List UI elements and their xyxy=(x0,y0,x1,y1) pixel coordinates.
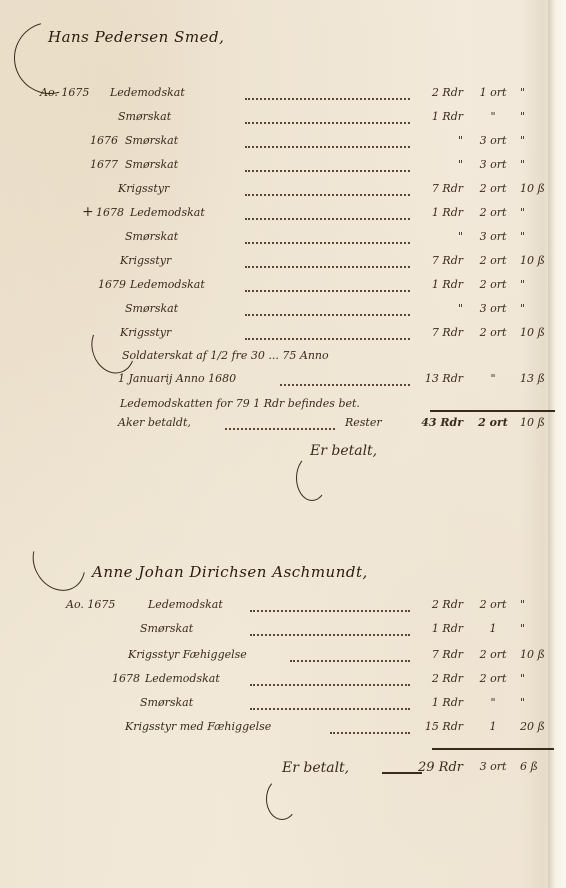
ledger-row: 1679 Ledemodskat 1 Rdr 2 ort " xyxy=(0,278,566,298)
amount-skilling: " xyxy=(520,230,550,243)
leader-dots xyxy=(250,633,410,636)
leader-dots xyxy=(245,217,410,220)
amount-ort: 2 ort xyxy=(478,648,508,661)
amount-ort: 3 ort xyxy=(478,302,508,315)
ledger-row: Smørskat " 3 ort " xyxy=(0,230,566,250)
entry-label: 1 Januarij Anno 1680 xyxy=(118,372,236,385)
total-rigsdaler: 29 Rdr xyxy=(415,760,463,775)
entry-label: Ledemodskat xyxy=(145,672,220,685)
amount-ort: " xyxy=(478,696,508,709)
ledger-row: Krigsstyr 7 Rdr 2 ort 10 ß xyxy=(0,326,566,346)
amount-ort: 2 ort xyxy=(478,254,508,267)
entry-year: Ao. 1675 xyxy=(66,598,115,611)
leader-dots xyxy=(245,337,410,340)
ledger-row: Krigsstyr 7 Rdr 2 ort 10 ß xyxy=(0,182,566,202)
entry-label: Krigsstyr Fæhiggelse xyxy=(128,648,247,661)
entry-year: 1679 xyxy=(98,278,126,291)
amount-skilling: 10 ß xyxy=(520,648,550,661)
amount-ort: 1 xyxy=(478,720,508,733)
amount-skilling: " xyxy=(520,110,550,123)
amount-skilling: " xyxy=(520,134,550,147)
ledger-row: Krigsstyr Fæhiggelse 7 Rdr 2 ort 10 ß xyxy=(0,648,566,668)
ledger-row: Ao. 1675 Ledemodskat 2 Rdr 2 ort " xyxy=(0,598,566,618)
amount-rigsdaler: 13 Rdr xyxy=(415,372,463,385)
leader-dots xyxy=(245,289,410,292)
ledger-row: Ao. 1675 Ledemodskat 2 Rdr 1 ort " xyxy=(0,86,566,106)
ledger-row: + 1678 Ledemodskat 1 Rdr 2 ort " xyxy=(0,206,566,226)
entry-label: Aker betaldt, xyxy=(118,416,191,429)
amount-rigsdaler: 2 Rdr xyxy=(415,598,463,611)
amount-ort: 2 ort xyxy=(478,672,508,685)
amount-skilling: " xyxy=(520,86,550,99)
amount-rigsdaler: 7 Rdr xyxy=(415,326,463,339)
amount-ort: 3 ort xyxy=(478,134,508,147)
entry-year: 1676 xyxy=(90,134,118,147)
amount-ort: " xyxy=(478,372,508,385)
amount-skilling: " xyxy=(520,206,550,219)
section-2-heading: Anne Johan Dirichsen Aschmundt, xyxy=(92,563,368,581)
ledger-row: Smørskat 1 Rdr " " xyxy=(0,110,566,130)
amount-rigsdaler: 7 Rdr xyxy=(415,648,463,661)
entry-label: Ledemodskat xyxy=(148,598,223,611)
ledger-row: 1677 Smørskat " 3 ort " xyxy=(0,158,566,178)
amount-ort: " xyxy=(478,110,508,123)
amount-skilling: " xyxy=(520,672,550,685)
amount-skilling: 10 ß xyxy=(520,326,550,339)
balance-row: Aker betaldt, Rester 43 Rdr 2 ort 10 ß xyxy=(0,416,566,436)
entry-label: Krigsstyr xyxy=(120,254,171,267)
entry-year: 1677 xyxy=(90,158,118,171)
amount-ort: 2 ort xyxy=(478,278,508,291)
ledger-row: 1678 Ledemodskat 2 Rdr 2 ort " xyxy=(0,672,566,692)
sum-rule xyxy=(432,748,554,750)
entry-label: Smørskat xyxy=(140,622,193,635)
total-ort: 3 ort xyxy=(478,760,508,773)
amount-rigsdaler: 15 Rdr xyxy=(415,720,463,733)
amount-skilling: " xyxy=(520,622,550,635)
paid-flourish xyxy=(296,455,328,501)
paid-flourish xyxy=(266,778,298,820)
ledger-row: 1676 Smørskat " 3 ort " xyxy=(0,134,566,154)
leader-dots xyxy=(245,97,410,100)
amount-skilling: " xyxy=(520,302,550,315)
amount-rigsdaler: 7 Rdr xyxy=(415,182,463,195)
amount-skilling: 10 ß xyxy=(520,416,550,429)
ledger-row: Krigsstyr 7 Rdr 2 ort 10 ß xyxy=(0,254,566,274)
leader-dots xyxy=(245,121,410,124)
amount-rigsdaler: 43 Rdr xyxy=(415,416,463,429)
total-skilling: 6 ß xyxy=(520,760,550,773)
entry-label: Ledemodskat xyxy=(130,206,205,219)
entry-label: Ledemodskat xyxy=(110,86,185,99)
paid-status: Er betalt, xyxy=(282,760,349,776)
leader-dots xyxy=(245,169,410,172)
leader-dots xyxy=(245,241,410,244)
amount-skilling: 10 ß xyxy=(520,182,550,195)
leader-dots xyxy=(250,683,410,686)
amount-rigsdaler: 2 Rdr xyxy=(415,86,463,99)
leader-dots xyxy=(245,265,410,268)
amount-rigsdaler: " xyxy=(415,230,463,243)
amount-ort: 2 ort xyxy=(478,326,508,339)
amount-ort: 2 ort xyxy=(478,206,508,219)
amount-rigsdaler: " xyxy=(415,134,463,147)
amount-rigsdaler: 1 Rdr xyxy=(415,278,463,291)
amount-rigsdaler: 7 Rdr xyxy=(415,254,463,267)
amount-ort: 1 xyxy=(478,622,508,635)
entry-label: Smørskat xyxy=(140,696,193,709)
ledger-row: Krigsstyr med Fæhiggelse 15 Rdr 1 20 ß xyxy=(0,720,566,740)
entry-label: Krigsstyr xyxy=(118,182,169,195)
paid-status: Er betalt, xyxy=(310,443,377,459)
amount-ort: 2 ort xyxy=(478,182,508,195)
amount-rigsdaler: 1 Rdr xyxy=(415,696,463,709)
amount-rigsdaler: 1 Rdr xyxy=(415,206,463,219)
leader-dots xyxy=(250,707,410,710)
amount-skilling: " xyxy=(520,696,550,709)
cross-marker: + xyxy=(82,204,94,220)
entry-label: Smørskat xyxy=(125,302,178,315)
entry-year: Ao. 1675 xyxy=(40,86,89,99)
ledger-page: Hans Pedersen Smed, Ao. 1675 Ledemodskat… xyxy=(0,0,566,888)
leader-dots xyxy=(245,313,410,316)
entry-label: Smørskat xyxy=(118,110,171,123)
amount-rigsdaler: 1 Rdr xyxy=(415,622,463,635)
amount-skilling: 10 ß xyxy=(520,254,550,267)
amount-rigsdaler: " xyxy=(415,158,463,171)
leader-dots xyxy=(290,659,410,662)
leader-dots xyxy=(280,383,410,386)
amount-rigsdaler: 1 Rdr xyxy=(415,110,463,123)
amount-skilling: 13 ß xyxy=(520,372,550,385)
amount-skilling: " xyxy=(520,158,550,171)
sum-rule xyxy=(430,410,555,412)
ledger-row: 1 Januarij Anno 1680 13 Rdr " 13 ß xyxy=(0,372,566,392)
leader-dots xyxy=(250,609,410,612)
amount-ort: 2 ort xyxy=(478,416,508,429)
entry-label: Smørskat xyxy=(125,134,178,147)
amount-skilling: 20 ß xyxy=(520,720,550,733)
leader-dots xyxy=(245,145,410,148)
ledemod-note: Ledemodskatten for 79 1 Rdr befindes bet… xyxy=(120,397,360,410)
entry-year: 1678 xyxy=(96,206,124,219)
entry-label: Ledemodskat xyxy=(130,278,205,291)
amount-skilling: " xyxy=(520,598,550,611)
amount-skilling: " xyxy=(520,278,550,291)
initial-flourish xyxy=(22,524,95,601)
amount-ort: 1 ort xyxy=(478,86,508,99)
amount-ort: 2 ort xyxy=(478,598,508,611)
entry-label: Smørskat xyxy=(125,158,178,171)
amount-ort: 3 ort xyxy=(478,158,508,171)
ledger-row: Smørskat 1 Rdr " " xyxy=(0,696,566,716)
amount-rigsdaler: " xyxy=(415,302,463,315)
ledger-row: Smørskat 1 Rdr 1 " xyxy=(0,622,566,642)
entry-label: Smørskat xyxy=(125,230,178,243)
rest-label: Rester xyxy=(345,416,382,429)
entry-label: Krigsstyr med Fæhiggelse xyxy=(125,720,271,733)
entry-year: 1678 xyxy=(112,672,140,685)
leader-dots xyxy=(330,731,410,734)
amount-rigsdaler: 2 Rdr xyxy=(415,672,463,685)
amount-ort: 3 ort xyxy=(478,230,508,243)
leader-dots xyxy=(225,427,335,430)
ledger-row: Smørskat " 3 ort " xyxy=(0,302,566,322)
leader-dots xyxy=(245,193,410,196)
soldier-tax-note: Soldaterskat af 1/2 fre 30 ... 75 Anno xyxy=(122,349,329,362)
